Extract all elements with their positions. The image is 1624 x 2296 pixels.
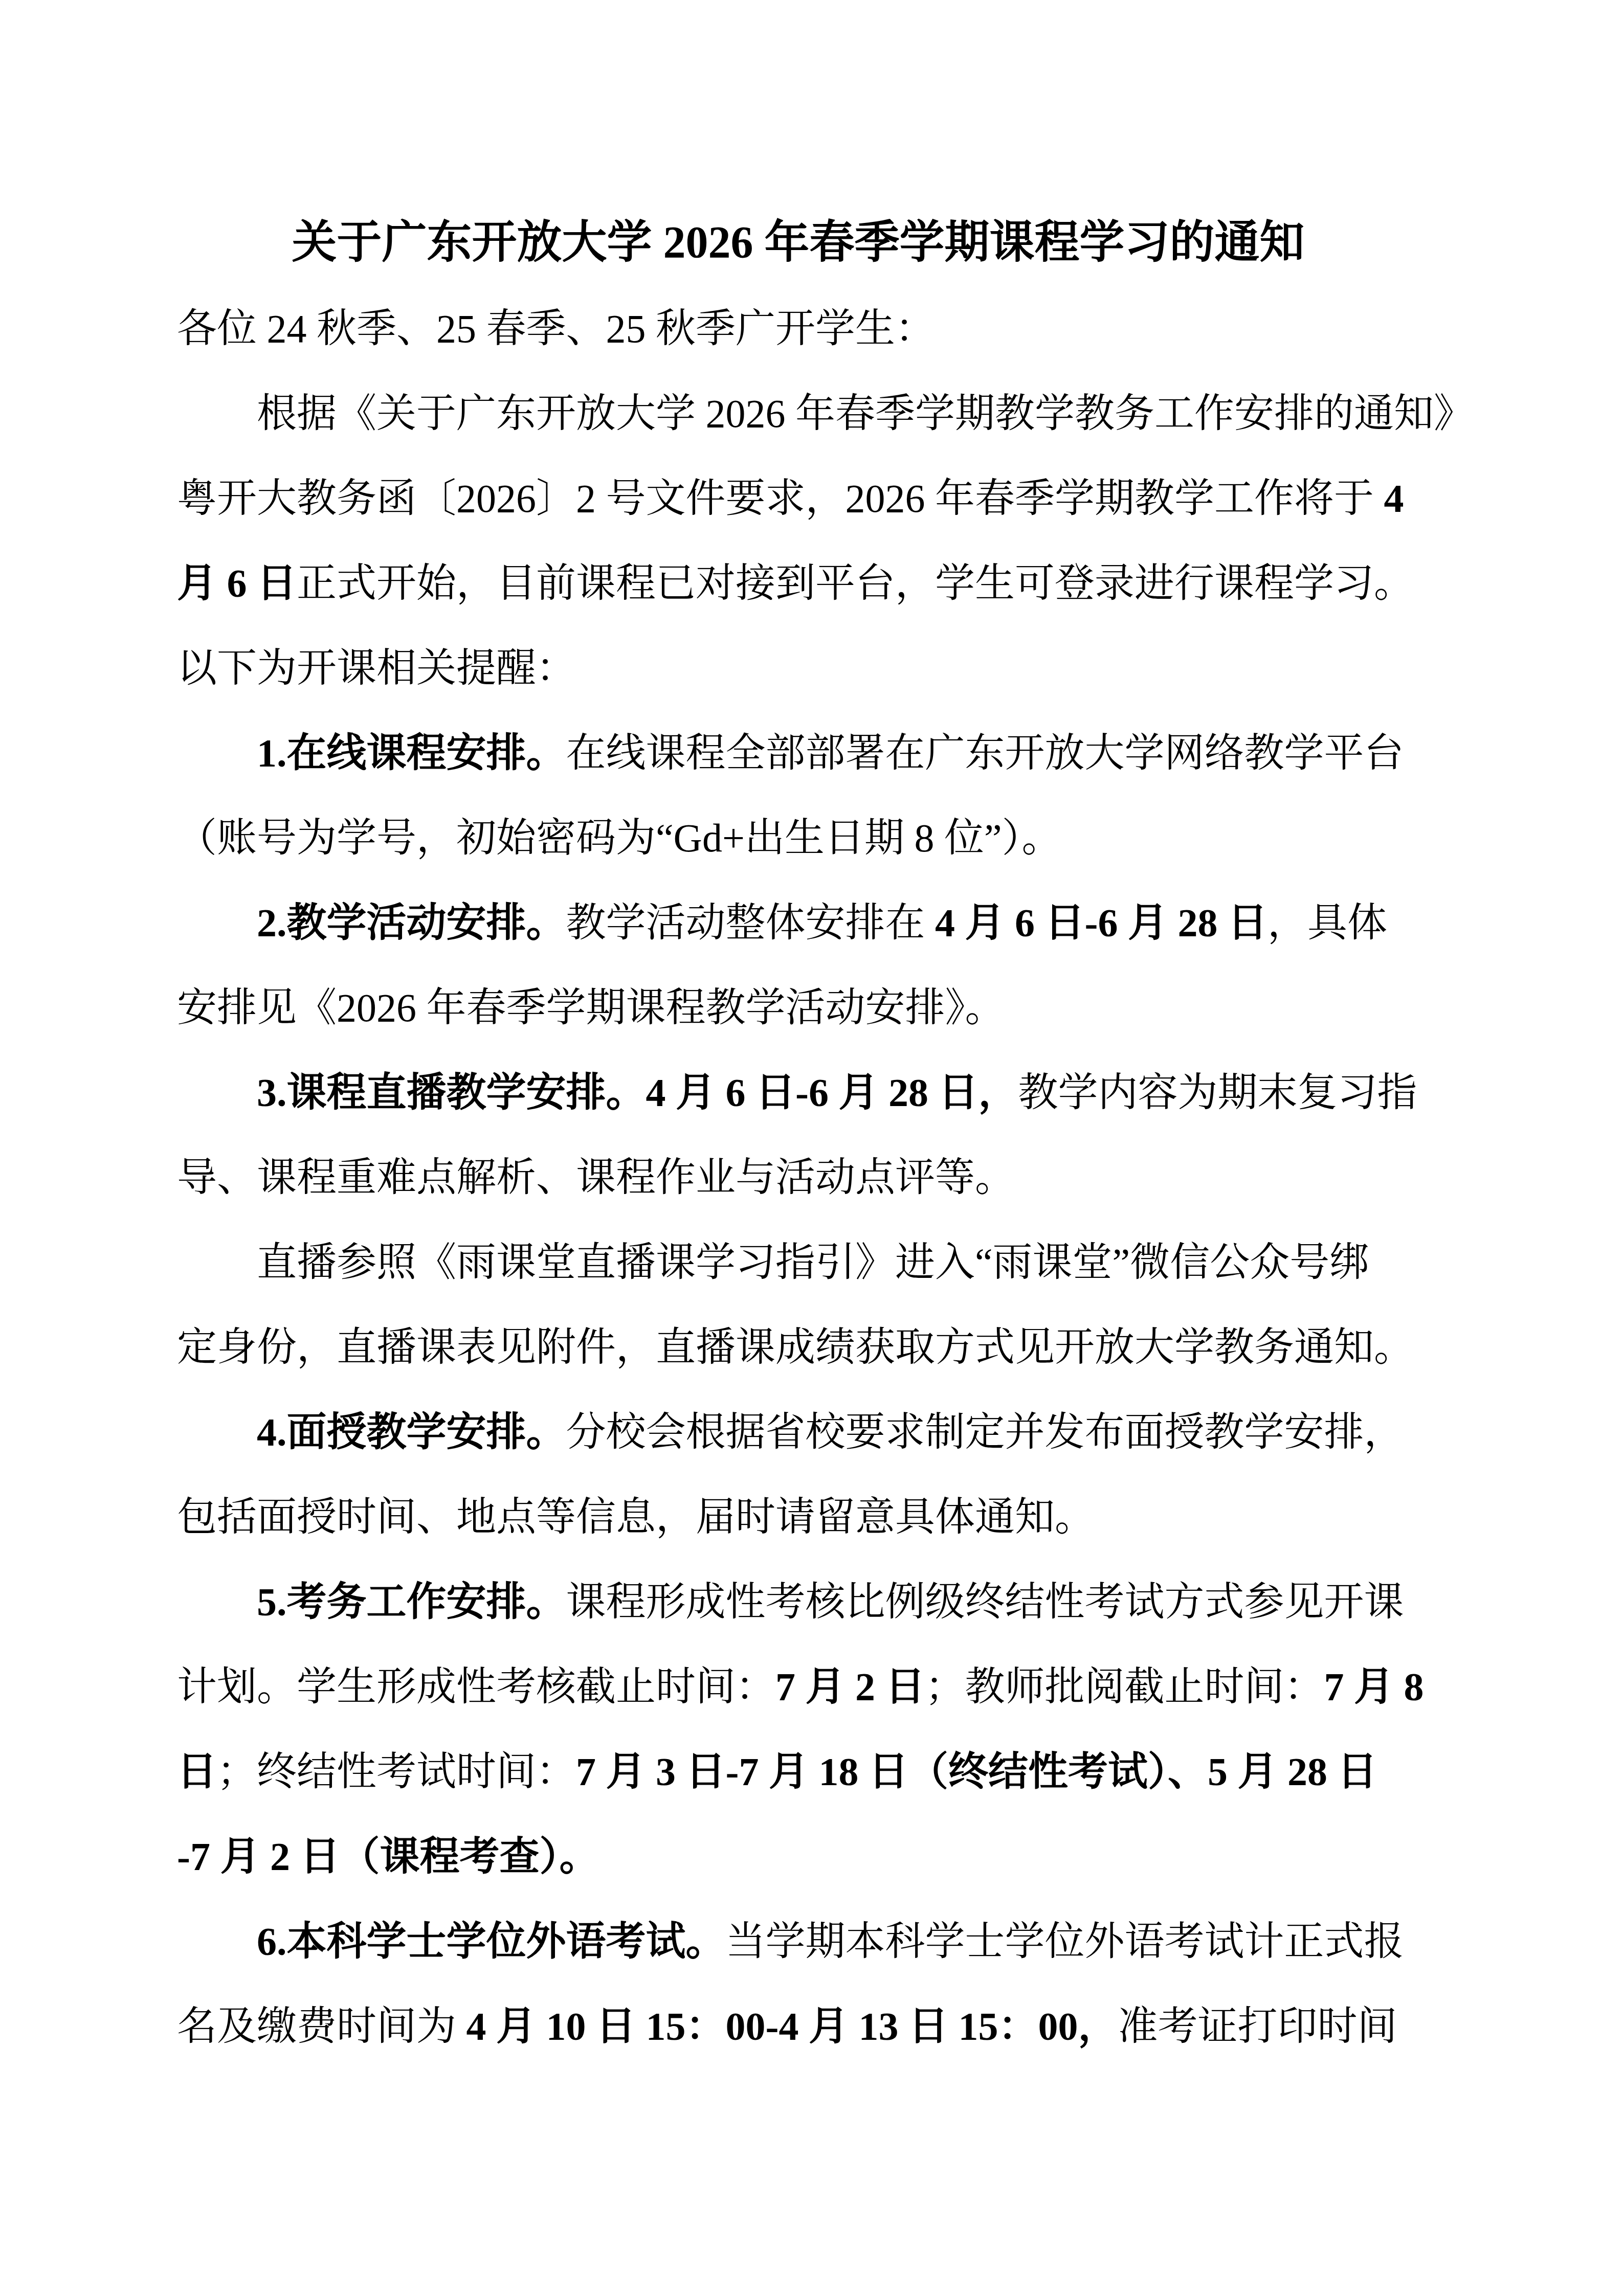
text-run: ；教师批阅截止时间： — [925, 1664, 1324, 1709]
bold-text-run: 2.教学活动安排。 — [257, 901, 566, 945]
bold-text-run: 日 — [177, 1749, 217, 1794]
document-line: （账号为学号，初始密码为“Gd+出生日期 8 位”）。 — [177, 796, 1419, 881]
document-line: 6.本科学士学位外语考试。当学期本科学士学位外语考试计正式报 — [177, 1899, 1419, 1984]
text-run: 安排见《2026 年春季学期课程教学活动安排》。 — [177, 985, 1005, 1030]
text-run: 在线课程全部部署在广东开放大学网络教学平台 — [566, 731, 1404, 775]
bold-text-run: 4.面授教学安排。 — [257, 1410, 566, 1454]
document-line: 根据《关于广东开放大学 2026 年春季学期教学教务工作安排的通知》 — [177, 371, 1419, 456]
document-line: 月 6 日正式开始，目前课程已对接到平台，学生可登录进行课程学习。 — [177, 541, 1419, 626]
document-line: 安排见《2026 年春季学期课程教学活动安排》。 — [177, 965, 1419, 1050]
text-run: 各位 24 秋季、25 春季、25 秋季广开学生： — [177, 306, 935, 351]
text-run: 教学内容为期末复习指 — [1018, 1070, 1417, 1115]
text-run: 根据《关于广东开放大学 2026 年春季学期教学教务工作安排的通知》 — [257, 391, 1474, 436]
document-line: 计划。学生形成性考核截止时间：7 月 2 日；教师批阅截止时间：7 月 8 — [177, 1645, 1419, 1729]
document-line: 以下为开课相关提醒： — [177, 626, 1419, 711]
bold-text-run: 6.本科学士学位外语考试。 — [257, 1919, 726, 1964]
text-run: 课程形成性考核比例级终结性考试方式参见开课 — [566, 1580, 1404, 1624]
text-run: 当学期本科学士学位外语考试计正式报 — [726, 1919, 1404, 1964]
text-run: 直播参照《雨课堂直播课学习指引》进入“雨课堂”微信公众号绑 — [257, 1240, 1369, 1285]
text-run: 计划。学生形成性考核截止时间： — [177, 1664, 775, 1709]
document-line: 定身份，直播课表见附件，直播课成绩获取方式见开放大学教务通知。 — [177, 1305, 1419, 1390]
text-run: 准考证打印时间 — [1118, 2004, 1397, 2049]
text-run: 分校会根据省校要求制定并发布面授教学安排， — [566, 1410, 1404, 1454]
document-line: 1.在线课程安排。在线课程全部部署在广东开放大学网络教学平台 — [177, 711, 1419, 796]
document-line: 日；终结性考试时间：7 月 3 日-7 月 18 日（终结性考试）、5 月 28… — [177, 1729, 1419, 1814]
bold-text-run: 7 月 2 日 — [775, 1664, 925, 1709]
text-run: 包括面授时间、地点等信息，届时请留意具体通知。 — [177, 1495, 1095, 1539]
document-line: 各位 24 秋季、25 春季、25 秋季广开学生： — [177, 286, 1419, 371]
bold-text-run: 4 — [1384, 476, 1404, 521]
text-run: 导、课程重难点解析、课程作业与活动点评等。 — [177, 1155, 1015, 1200]
text-run: 名及缴费时间为 — [177, 2004, 466, 2049]
text-run: 粤开大教务函〔2026〕2 号文件要求，2026 年春季学期教学工作将于 — [177, 476, 1384, 521]
bold-text-run: 7 月 8 — [1324, 1664, 1424, 1709]
text-run: ；终结性考试时间： — [217, 1749, 576, 1794]
document-line: 直播参照《雨课堂直播课学习指引》进入“雨课堂”微信公众号绑 — [177, 1220, 1419, 1305]
bold-text-run: 3.课程直播教学安排。4 月 6 日-6 月 28 日， — [257, 1070, 1018, 1115]
document-line: 导、课程重难点解析、课程作业与活动点评等。 — [177, 1135, 1419, 1220]
document-line: 粤开大教务函〔2026〕2 号文件要求，2026 年春季学期教学工作将于 4 — [177, 456, 1419, 541]
text-run: 定身份，直播课表见附件，直播课成绩获取方式见开放大学教务通知。 — [177, 1325, 1414, 1369]
document-line: 5.考务工作安排。课程形成性考核比例级终结性考试方式参见开课 — [177, 1560, 1419, 1645]
bold-text-run: -7 月 2 日（课程考查）。 — [177, 1834, 599, 1879]
text-run: （账号为学号，初始密码为“Gd+出生日期 8 位”）。 — [177, 816, 1062, 860]
document-body: 各位 24 秋季、25 春季、25 秋季广开学生：根据《关于广东开放大学 202… — [177, 286, 1419, 2069]
text-run: ，具体 — [1267, 901, 1387, 945]
document-line: 包括面授时间、地点等信息，届时请留意具体通知。 — [177, 1475, 1419, 1560]
document-line: 3.课程直播教学安排。4 月 6 日-6 月 28 日，教学内容为期末复习指 — [177, 1050, 1419, 1135]
bold-text-run: 7 月 3 日-7 月 18 日（终结性考试）、5 月 28 日 — [576, 1749, 1377, 1794]
bold-text-run: 4 月 6 日-6 月 28 日 — [935, 901, 1267, 945]
text-run: 正式开始，目前课程已对接到平台，学生可登录进行课程学习。 — [297, 561, 1414, 605]
bold-text-run: 5.考务工作安排。 — [257, 1580, 566, 1624]
text-run: 教学活动整体安排在 — [566, 901, 936, 945]
document-page: 关于广东开放大学 2026 年春季学期课程学习的通知 各位 24 秋季、25 春… — [0, 0, 1624, 2296]
text-run: 以下为开课相关提醒： — [177, 646, 576, 690]
document-line: 4.面授教学安排。分校会根据省校要求制定并发布面授教学安排， — [177, 1390, 1419, 1475]
document-line: 名及缴费时间为 4 月 10 日 15：00-4 月 13 日 15：00，准考… — [177, 1984, 1419, 2069]
document-title: 关于广东开放大学 2026 年春季学期课程学习的通知 — [177, 199, 1419, 286]
document-line: -7 月 2 日（课程考查）。 — [177, 1814, 1419, 1899]
bold-text-run: 1.在线课程安排。 — [257, 731, 566, 775]
document-line: 2.教学活动安排。教学活动整体安排在 4 月 6 日-6 月 28 日，具体 — [177, 881, 1419, 965]
bold-text-run: 4 月 10 日 15：00-4 月 13 日 15：00， — [466, 2004, 1118, 2049]
bold-text-run: 月 6 日 — [177, 561, 297, 605]
